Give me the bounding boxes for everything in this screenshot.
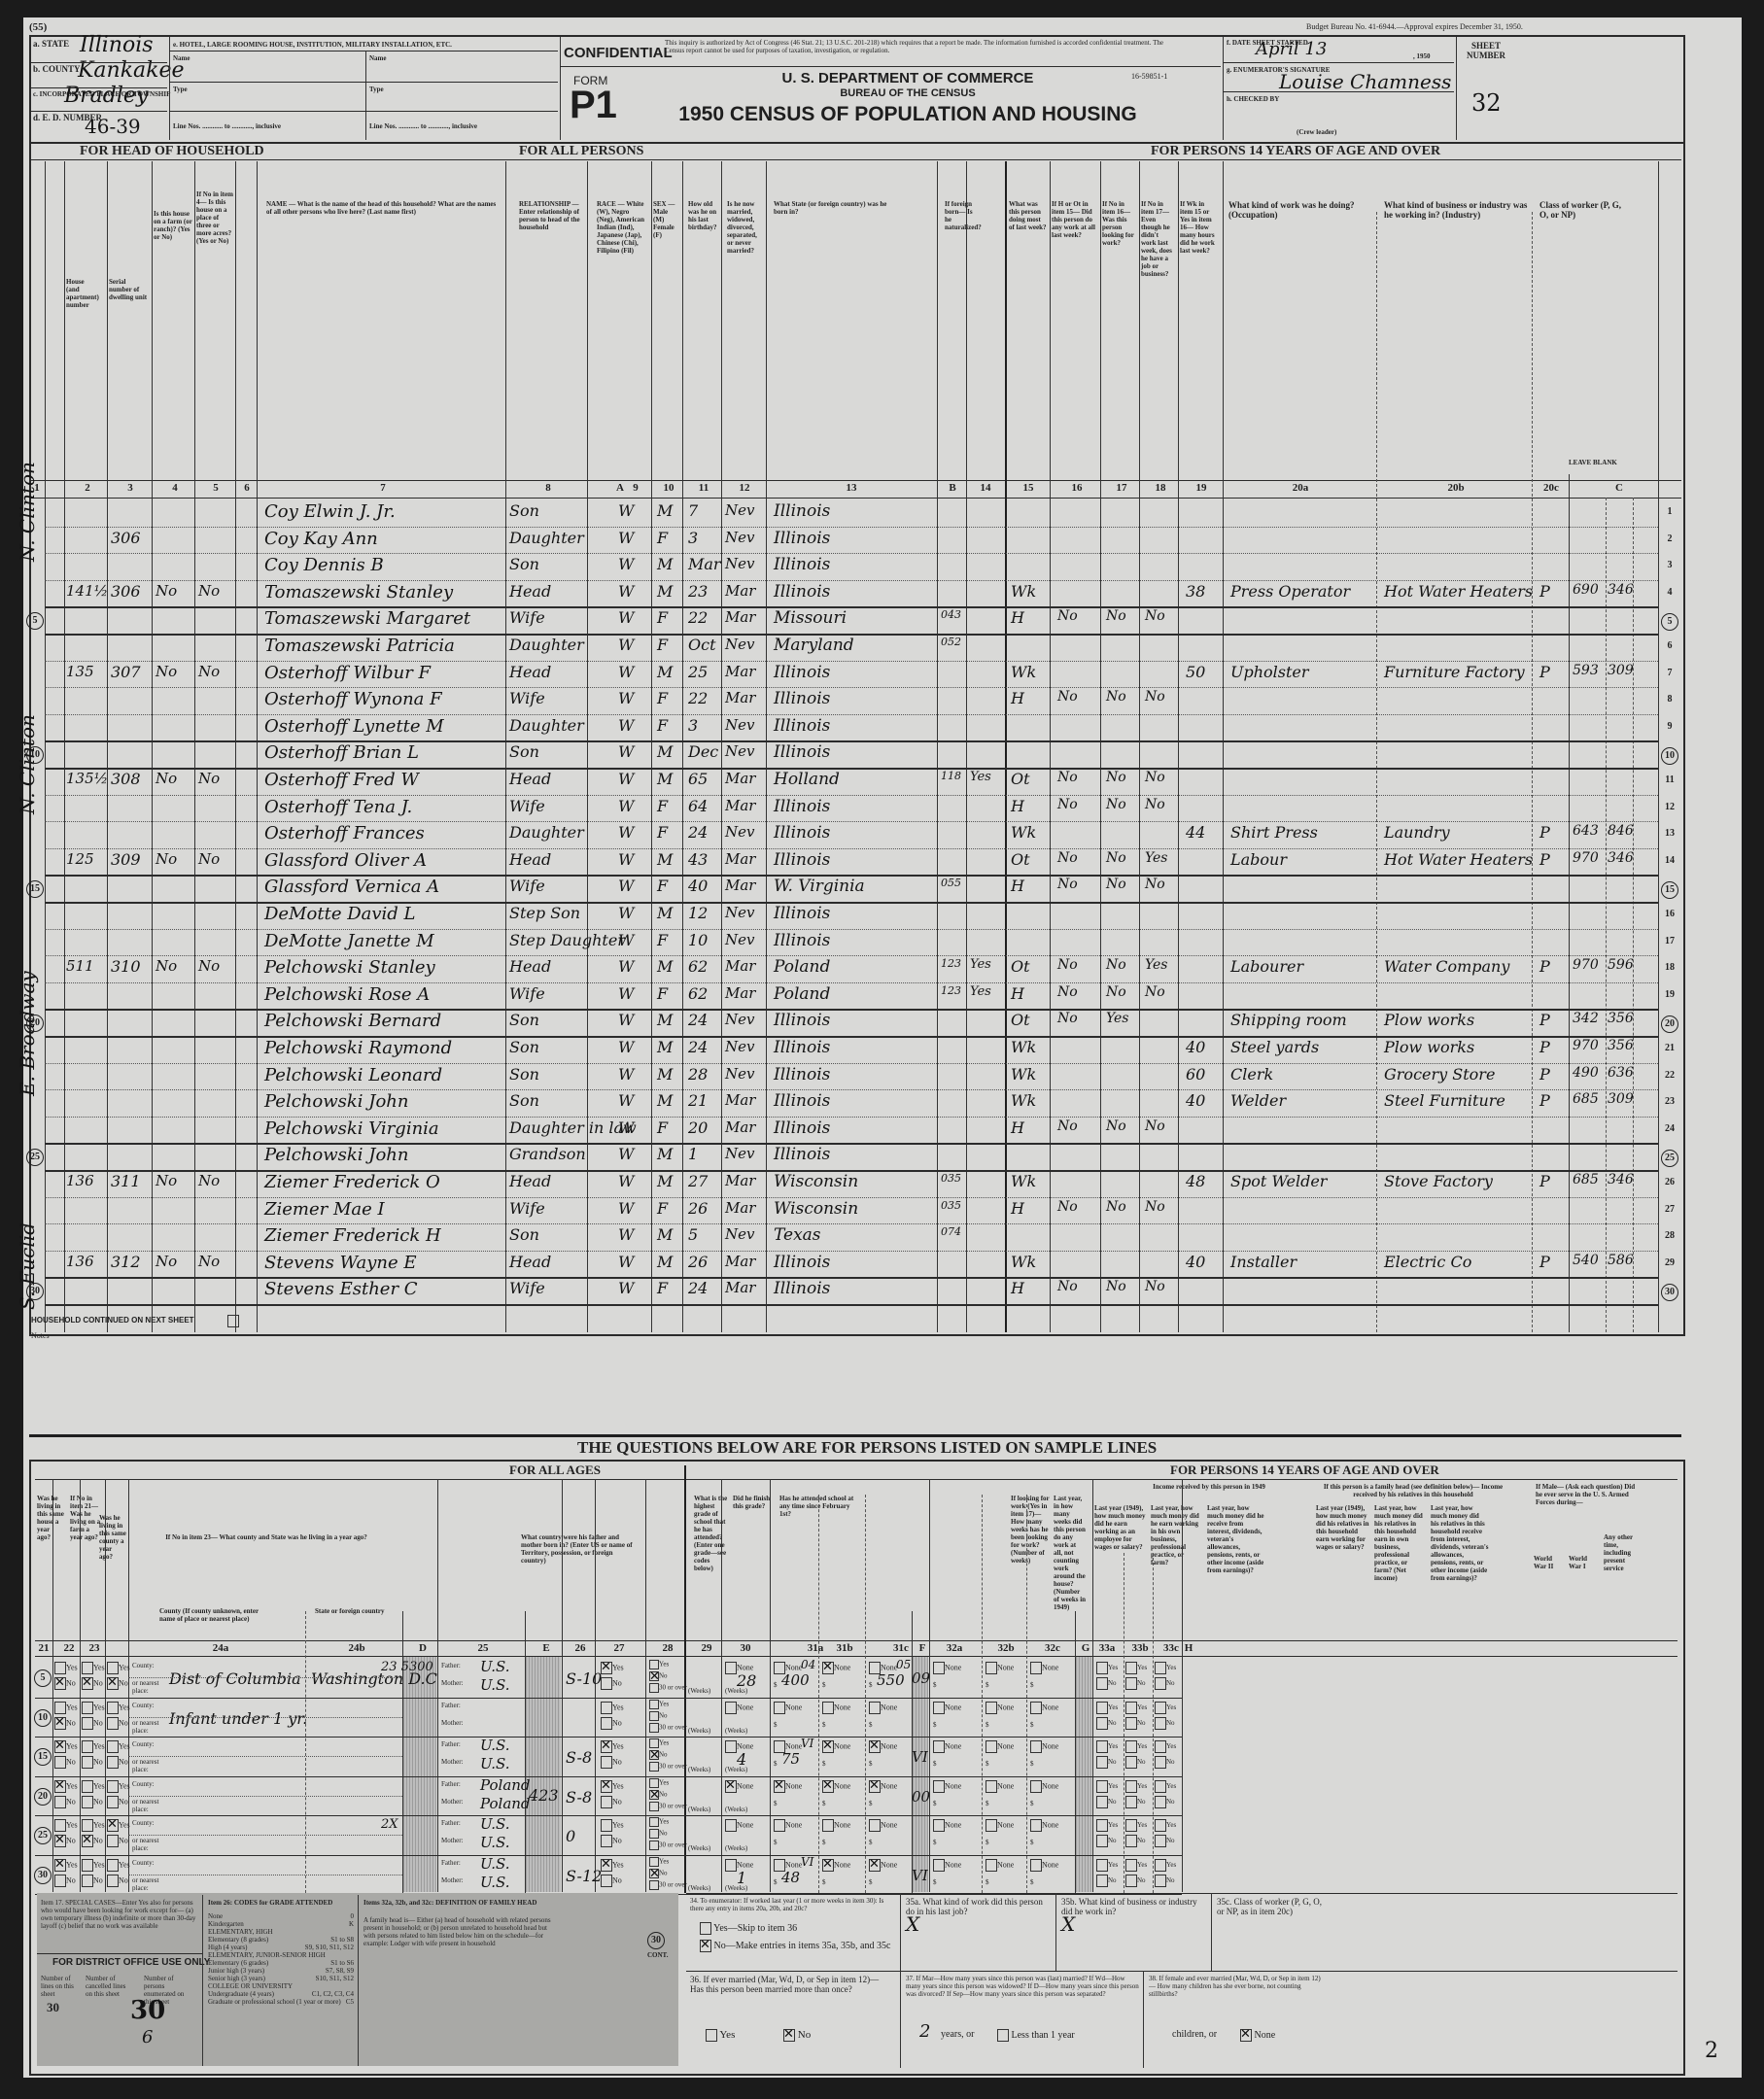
c22-no[interactable]: No (82, 1756, 103, 1769)
relatives-wages-none[interactable]: None (933, 1702, 961, 1714)
sample-line-label: 20 (25, 1015, 45, 1032)
race: W (618, 1253, 634, 1271)
table-row: Pelchowski VirginiaDaughter in lawWF20Ma… (23, 1117, 1742, 1144)
military-33a-yes[interactable]: Yes (1096, 1702, 1118, 1714)
c28-option[interactable]: No (649, 1711, 668, 1721)
class-of-worker: P (1539, 1011, 1550, 1029)
c21-no[interactable]: No (54, 1756, 76, 1769)
military-33c-no[interactable]: No (1155, 1835, 1175, 1847)
military-33a-yes[interactable]: Yes (1096, 1859, 1118, 1872)
class-of-worker: P (1539, 582, 1550, 601)
nearest-place-label: or nearest place: (132, 1719, 161, 1735)
military-33b-yes[interactable]: Yes (1125, 1740, 1147, 1753)
c22-yes[interactable]: Yes (82, 1859, 105, 1872)
military-33b-no[interactable]: No (1125, 1835, 1146, 1847)
race: W (618, 1225, 634, 1244)
sex: M (657, 850, 673, 869)
birthplace: Illinois (774, 582, 830, 602)
age: Dec (688, 742, 718, 761)
age: 24 (688, 1279, 708, 1297)
c27-no[interactable]: No (601, 1717, 622, 1730)
wages-none[interactable]: None (774, 1819, 802, 1832)
no-label: No (119, 1678, 128, 1687)
c21-yes[interactable]: Yes (54, 1702, 78, 1714)
sample-line-marker-left: 5 (26, 612, 44, 630)
none-label: None (737, 1860, 753, 1869)
cont-marker: 30 (647, 1930, 665, 1949)
none-label: None (997, 1860, 1014, 1869)
c30-none[interactable]: None (725, 1780, 753, 1793)
no-label: No (93, 1836, 103, 1844)
c27-no[interactable]: No (601, 1875, 622, 1887)
other-income-none[interactable]: None (869, 1702, 897, 1714)
self-employment-none[interactable]: None (822, 1859, 850, 1872)
military-33c-yes[interactable]: Yes (1155, 1859, 1176, 1872)
none-label: None (945, 1820, 961, 1829)
grade-code: S9, S10, S11, S12 (305, 1944, 354, 1951)
c28-option[interactable]: No (649, 1671, 668, 1681)
cont-label: CONT. (647, 1951, 668, 1959)
family-head-definition: A family head is— Either (a) head of hou… (363, 1916, 558, 1947)
table-row: 511310NoNoPelchowski StanleyHeadWM62MarP… (23, 955, 1742, 982)
c28-option[interactable]: Yes (649, 1817, 669, 1827)
wages-none[interactable]: None (774, 1780, 802, 1793)
sample-column-number: 28 (655, 1642, 680, 1654)
c28-option[interactable]: Yes (649, 1700, 669, 1709)
grade-code: K (349, 1920, 354, 1928)
self-employment-none[interactable]: None (822, 1780, 850, 1793)
c28-option-label: 30 or over (659, 1802, 687, 1809)
household-continued-checkbox[interactable] (227, 1315, 239, 1327)
c21-no[interactable]: No (54, 1677, 76, 1690)
military-33c-yes[interactable]: Yes (1155, 1662, 1176, 1674)
family-head-title: Items 32a, 32b, and 32c: DEFINITION OF F… (363, 1899, 536, 1907)
occupation-code: 540 (1573, 1253, 1599, 1268)
relatives-self-employment-none[interactable]: None (986, 1859, 1014, 1872)
marital-status: Mar (725, 1172, 755, 1189)
c23-no[interactable]: No (107, 1796, 128, 1808)
relatives-wages-none[interactable]: None (933, 1780, 961, 1793)
c21-yes[interactable]: Yes (54, 1740, 78, 1753)
birthplace-code: 035 (941, 1172, 961, 1185)
c21-no[interactable]: No (54, 1835, 76, 1847)
activity: Wk (1011, 1038, 1036, 1056)
wages-none[interactable]: None (774, 1702, 802, 1714)
marital-status: Mar (725, 1279, 755, 1296)
c22-no[interactable]: No (82, 1835, 103, 1847)
sample-header-21: Was he living in this same house a year … (37, 1495, 64, 1541)
c23-yes[interactable]: Yes (107, 1859, 130, 1872)
line-number: 12 (1660, 802, 1679, 812)
relatives-wages-none[interactable]: None (933, 1740, 961, 1753)
military-33b-yes[interactable]: Yes (1125, 1702, 1147, 1714)
c23-yes[interactable]: Yes (107, 1780, 130, 1793)
c22-no[interactable]: No (82, 1875, 103, 1887)
c27-yes[interactable]: Yes (601, 1740, 624, 1753)
no-label: No (612, 1678, 622, 1687)
race: W (618, 689, 634, 707)
class-of-worker: P (1539, 1091, 1550, 1110)
industry: Hot Water Heaters (1384, 850, 1533, 869)
q34-yes-option[interactable]: Yes—Skip to item 36 (700, 1922, 797, 1935)
sheet-number: 32 (1471, 89, 1502, 117)
other-income-none[interactable]: None (869, 1780, 897, 1793)
relatives-wages-none[interactable]: None (933, 1819, 961, 1832)
c27-yes[interactable]: Yes (601, 1662, 624, 1674)
military-33b-yes[interactable]: Yes (1125, 1780, 1147, 1793)
yes-label: Yes (66, 1781, 78, 1790)
dollar-sign: $ (1030, 1681, 1034, 1689)
residence-county: Dist of Columbia (169, 1669, 301, 1688)
house-number: 511 (66, 957, 94, 975)
dollar-sign: $ (869, 1760, 873, 1768)
none-label: None (785, 1781, 802, 1790)
c27-yes[interactable]: Yes (601, 1702, 624, 1714)
table-row: Pelchowski RaymondSonWM24NevIllinoisWk40… (23, 1036, 1742, 1063)
line-number: 16 (1660, 909, 1679, 919)
naturalized: Yes (970, 957, 991, 972)
father-label: Father: (441, 1780, 461, 1788)
relatives-self-employment-none[interactable]: None (986, 1702, 1014, 1714)
c27-no[interactable]: No (601, 1835, 622, 1847)
column-number: B (941, 482, 964, 494)
c21-yes[interactable]: Yes (54, 1780, 78, 1793)
c23-no[interactable]: No (107, 1875, 128, 1887)
c23-no[interactable]: No (107, 1835, 128, 1847)
none-label: None (785, 1741, 802, 1750)
farm-answer: No (156, 1253, 177, 1270)
yes-label: Yes (1108, 1821, 1118, 1829)
sex: F (657, 1279, 668, 1297)
military-33b-no[interactable]: No (1125, 1796, 1146, 1808)
sample-header-26: What is the highest grade of school that… (694, 1495, 729, 1572)
relatives-other-income-none[interactable]: None (1030, 1702, 1058, 1714)
age: 24 (688, 1011, 708, 1029)
c23-no[interactable]: No (107, 1677, 128, 1690)
c27-yes[interactable]: Yes (601, 1780, 624, 1793)
relatives-other-income-none[interactable]: None (1030, 1780, 1058, 1793)
sex: F (657, 689, 668, 707)
military-33c-no[interactable]: No (1155, 1796, 1175, 1808)
relatives-other-income-none[interactable]: None (1030, 1859, 1058, 1872)
military-33a-yes[interactable]: Yes (1096, 1662, 1118, 1674)
activity: Wk (1011, 1172, 1036, 1190)
no-label: No (119, 1718, 128, 1727)
c28-option[interactable]: 30 or over (649, 1802, 687, 1811)
person-name: Coy Dennis B (264, 555, 384, 575)
birthplace: Illinois (774, 1065, 830, 1084)
military-33c-yes[interactable]: Yes (1155, 1819, 1176, 1832)
c22-no[interactable]: No (82, 1796, 103, 1808)
line-number: 29 (1660, 1257, 1679, 1268)
county-label: County: (132, 1740, 155, 1748)
other-income-none[interactable]: None (869, 1819, 897, 1832)
c21-no[interactable]: No (54, 1796, 76, 1808)
class-of-worker: P (1539, 1172, 1550, 1190)
c27-no[interactable]: No (601, 1796, 622, 1808)
military-33c-yes[interactable]: Yes (1155, 1740, 1176, 1753)
dollar-sign: $ (933, 1760, 937, 1768)
occupation: Shipping room (1230, 1011, 1347, 1029)
c28-option[interactable]: 30 or over (649, 1762, 687, 1772)
mother-birthplace: U.S. (480, 1755, 510, 1772)
military-33a-no[interactable]: No (1096, 1756, 1117, 1769)
weeks-label-29: (Weeks) (688, 1806, 710, 1813)
c22-no[interactable]: No (82, 1677, 103, 1690)
c28-option[interactable]: No (649, 1750, 668, 1760)
sample-line-label: 30 (25, 1283, 45, 1300)
c23-no[interactable]: No (107, 1717, 128, 1730)
dollar-sign: $ (822, 1681, 826, 1689)
c30-none[interactable]: None (725, 1819, 753, 1832)
dollar-sign: $ (774, 1839, 778, 1846)
c22-yes[interactable]: Yes (82, 1662, 105, 1674)
sex: M (657, 957, 673, 976)
relatives-wages-none[interactable]: None (933, 1859, 961, 1872)
sample-line-circle: 5 (34, 1669, 52, 1687)
activity: Wk (1011, 823, 1036, 842)
birthplace: Poland (774, 957, 830, 977)
race: W (618, 742, 634, 761)
age: 62 (688, 957, 708, 976)
yes-label: Yes (119, 1663, 130, 1671)
military-33c-no[interactable]: No (1155, 1756, 1175, 1769)
c23-yes[interactable]: Yes (107, 1740, 130, 1753)
military-33b-no[interactable]: No (1125, 1756, 1146, 1769)
military-33c-no[interactable]: No (1155, 1677, 1175, 1690)
sex: F (657, 797, 668, 815)
industry: Plow works (1384, 1038, 1474, 1056)
activity: Ot (1011, 850, 1030, 869)
c30-none[interactable]: None (725, 1702, 753, 1714)
q36-no-option[interactable]: No (783, 2029, 811, 2042)
self-employment-none[interactable]: None (822, 1702, 850, 1714)
relationship: Wife (509, 689, 545, 707)
self-employment-none[interactable]: None (822, 1819, 850, 1832)
looking-for-work: No (1106, 850, 1126, 866)
self-employment-none[interactable]: None (822, 1662, 850, 1674)
military-33b-no[interactable]: No (1125, 1717, 1146, 1730)
sex: F (657, 984, 668, 1003)
c22-yes[interactable]: Yes (82, 1780, 105, 1793)
sample-line-number: 15 (33, 1748, 52, 1766)
grade-label: ELEMENTARY, HIGH (208, 1928, 273, 1936)
person-name: Pelchowski Leonard (264, 1065, 442, 1085)
sex: M (657, 1225, 673, 1244)
q37-answer[interactable]: 2 (919, 2021, 930, 2042)
relatives-self-employment-none[interactable]: None (986, 1740, 1014, 1753)
marital-status: Mar (725, 1091, 755, 1109)
looking-for-work: No (1106, 877, 1126, 892)
q34-no-option[interactable]: No—Make entries in items 35a, 35b, and 3… (700, 1940, 890, 1952)
weeks-label-29: (Weeks) (688, 1766, 710, 1773)
c21-no[interactable]: No (54, 1717, 76, 1730)
military-33b-yes[interactable]: Yes (1125, 1819, 1147, 1832)
header-acres: If No in item 4— Is this house on a plac… (196, 190, 235, 245)
weeks-label-30: (Weeks) (725, 1806, 747, 1813)
column-number: 5 (204, 482, 227, 494)
q36-yes-option[interactable]: Yes (706, 2029, 735, 2042)
self-employment-none[interactable]: None (822, 1740, 850, 1753)
c27-yes[interactable]: Yes (601, 1859, 624, 1872)
no-label: No (66, 1678, 76, 1687)
none-label: None (997, 1703, 1014, 1711)
c23-yes[interactable]: Yes (107, 1662, 130, 1674)
c27-no[interactable]: No (601, 1756, 622, 1769)
persons-enumerated-value: 30 (130, 1996, 165, 2025)
c28-option[interactable]: No (649, 1829, 668, 1839)
military-33c-no[interactable]: No (1155, 1717, 1175, 1730)
acres-answer: No (198, 663, 220, 680)
military-33c-yes[interactable]: Yes (1155, 1780, 1176, 1793)
section-persons-14: FOR PERSONS 14 YEARS OF AGE AND OVER (1151, 144, 1440, 159)
line-number: 19 (1660, 989, 1679, 1000)
military-33a-yes[interactable]: Yes (1096, 1740, 1118, 1753)
has-job: Yes (1145, 850, 1168, 866)
q38-none-option[interactable]: None (1240, 2029, 1275, 2042)
hours-worked: 44 (1186, 823, 1205, 842)
sample-column-number: 24b (344, 1642, 369, 1654)
military-33a-yes[interactable]: Yes (1096, 1780, 1118, 1793)
code-f: VI (912, 1748, 928, 1766)
race: W (618, 823, 634, 842)
military-33b-no[interactable]: No (1125, 1677, 1146, 1690)
q37-less-option[interactable]: Less than 1 year (997, 2029, 1075, 2042)
other-income-none[interactable]: None (869, 1740, 897, 1753)
yes-label: Yes (93, 1663, 105, 1671)
person-name: Pelchowski Bernard (264, 1011, 441, 1031)
c21-yes[interactable]: Yes (54, 1859, 78, 1872)
sex: F (657, 1199, 668, 1218)
weeks-label-29: (Weeks) (688, 1687, 710, 1695)
relationship: Wife (509, 797, 545, 815)
relatives-other-income-none[interactable]: None (1030, 1740, 1058, 1753)
column-number: 15 (1017, 482, 1040, 494)
c22-yes[interactable]: Yes (82, 1702, 105, 1714)
column-number: 8 (536, 482, 560, 494)
nearest-place-label: or nearest place: (132, 1679, 161, 1695)
industry-code: 309 (1608, 1091, 1634, 1107)
house-number: 125 (66, 850, 94, 868)
c28-option[interactable]: 30 or over (649, 1683, 687, 1693)
department-name: U. S. DEPARTMENT OF COMMERCE (704, 70, 1112, 86)
age: 22 (688, 608, 708, 627)
military-33b-yes[interactable]: Yes (1125, 1662, 1147, 1674)
military-33a-no[interactable]: No (1096, 1875, 1117, 1887)
military-33a-no[interactable]: No (1096, 1796, 1117, 1808)
father-label: Father: (441, 1859, 461, 1867)
marital-status: Nev (725, 1065, 754, 1083)
relationship: Son (509, 742, 539, 761)
no-label: No (1166, 1758, 1175, 1766)
other-income-none[interactable]: None (869, 1859, 897, 1872)
grade-code: C5 (346, 1998, 354, 2006)
c28-option[interactable]: No (649, 1790, 668, 1800)
military-33b-yes[interactable]: Yes (1125, 1859, 1147, 1872)
grade-codes-list: None0KindergartenKELEMENTARY, HIGHElemen… (208, 1912, 354, 2006)
sex: F (657, 1118, 668, 1137)
table-row: DeMotte Janette MStep DaughterWF10NevIll… (23, 929, 1742, 956)
person-name: Pelchowski Virginia (264, 1118, 439, 1139)
c23-no[interactable]: No (107, 1756, 128, 1769)
relatives-self-employment-none[interactable]: None (986, 1662, 1014, 1674)
institution-type-label-1: Type (173, 86, 188, 93)
dollar-sign: $ (986, 1721, 989, 1729)
dollar-sign: $ (822, 1800, 826, 1807)
race: W (618, 582, 634, 601)
weeks-label-30: (Weeks) (725, 1766, 747, 1773)
c28-option[interactable]: 30 or over (649, 1723, 687, 1733)
c27-no[interactable]: No (601, 1677, 622, 1690)
relatives-wages-none[interactable]: None (933, 1662, 961, 1674)
hours-worked: 38 (1186, 582, 1205, 601)
military-33a-yes[interactable]: Yes (1096, 1819, 1118, 1832)
dollar-sign: $ (822, 1839, 826, 1846)
military-33c-yes[interactable]: Yes (1155, 1702, 1176, 1714)
military-33a-no[interactable]: No (1096, 1717, 1117, 1730)
sample-line-marker: 20 (1661, 1015, 1678, 1033)
c23-yes[interactable]: Yes (107, 1702, 130, 1714)
person-name: Coy Elwin J. Jr. (264, 501, 396, 522)
military-33a-no[interactable]: No (1096, 1835, 1117, 1847)
race: W (618, 1279, 634, 1297)
sex: M (657, 1172, 673, 1190)
relatives-other-income-none[interactable]: None (1030, 1662, 1058, 1674)
no-label: No (93, 1718, 103, 1727)
military-33a-no[interactable]: No (1096, 1677, 1117, 1690)
military-33c-no[interactable]: No (1155, 1875, 1175, 1887)
relatives-self-employment-none[interactable]: None (986, 1780, 1014, 1793)
c27-yes[interactable]: Yes (601, 1819, 624, 1832)
military-33b-no[interactable]: No (1125, 1875, 1146, 1887)
c23-yes[interactable]: Yes (107, 1819, 130, 1832)
c28-option-label: Yes (659, 1778, 669, 1786)
institution-label: e. HOTEL, LARGE ROOMING HOUSE, INSTITUTI… (173, 41, 452, 49)
birthplace: Illinois (774, 931, 830, 950)
looking-for-work: No (1106, 689, 1126, 705)
c22-yes[interactable]: Yes (82, 1740, 105, 1753)
none-label: None (881, 1860, 897, 1869)
yes-label: Yes (612, 1703, 624, 1711)
relatives-other-income-none[interactable]: None (1030, 1819, 1058, 1832)
c21-no[interactable]: No (54, 1875, 76, 1887)
grade-label: ELEMENTARY, JUNIOR-SENIOR HIGH (208, 1951, 326, 1959)
no-label: No (1108, 1837, 1117, 1844)
birthplace: Illinois (774, 1091, 830, 1111)
father-label: Father: (441, 1662, 461, 1669)
c22-no[interactable]: No (82, 1717, 103, 1730)
sample-header-32b: Last year, how much money did his relati… (1374, 1504, 1427, 1582)
c21-yes[interactable]: Yes (54, 1662, 78, 1674)
c22-yes[interactable]: Yes (82, 1819, 105, 1832)
race: W (618, 984, 634, 1003)
yes-label: Yes (66, 1741, 78, 1750)
relatives-self-employment-none[interactable]: None (986, 1819, 1014, 1832)
birthplace: Illinois (774, 1145, 830, 1164)
c21-yes[interactable]: Yes (54, 1819, 78, 1832)
c28-option[interactable]: No (649, 1869, 668, 1878)
header-name: NAME — What is the name of the head of t… (266, 200, 500, 216)
birthplace: Illinois (774, 1253, 830, 1272)
yes-label: Yes (1166, 1664, 1176, 1671)
county-label: County: (132, 1859, 155, 1867)
c28-option[interactable]: 30 or over (649, 1880, 687, 1890)
person-name: Stevens Wayne E (264, 1253, 417, 1273)
c28-option[interactable]: 30 or over (649, 1841, 687, 1850)
nearest-place-label: or nearest place: (132, 1876, 161, 1892)
none-label: None (945, 1663, 961, 1671)
yes-label: Yes (66, 1663, 78, 1671)
